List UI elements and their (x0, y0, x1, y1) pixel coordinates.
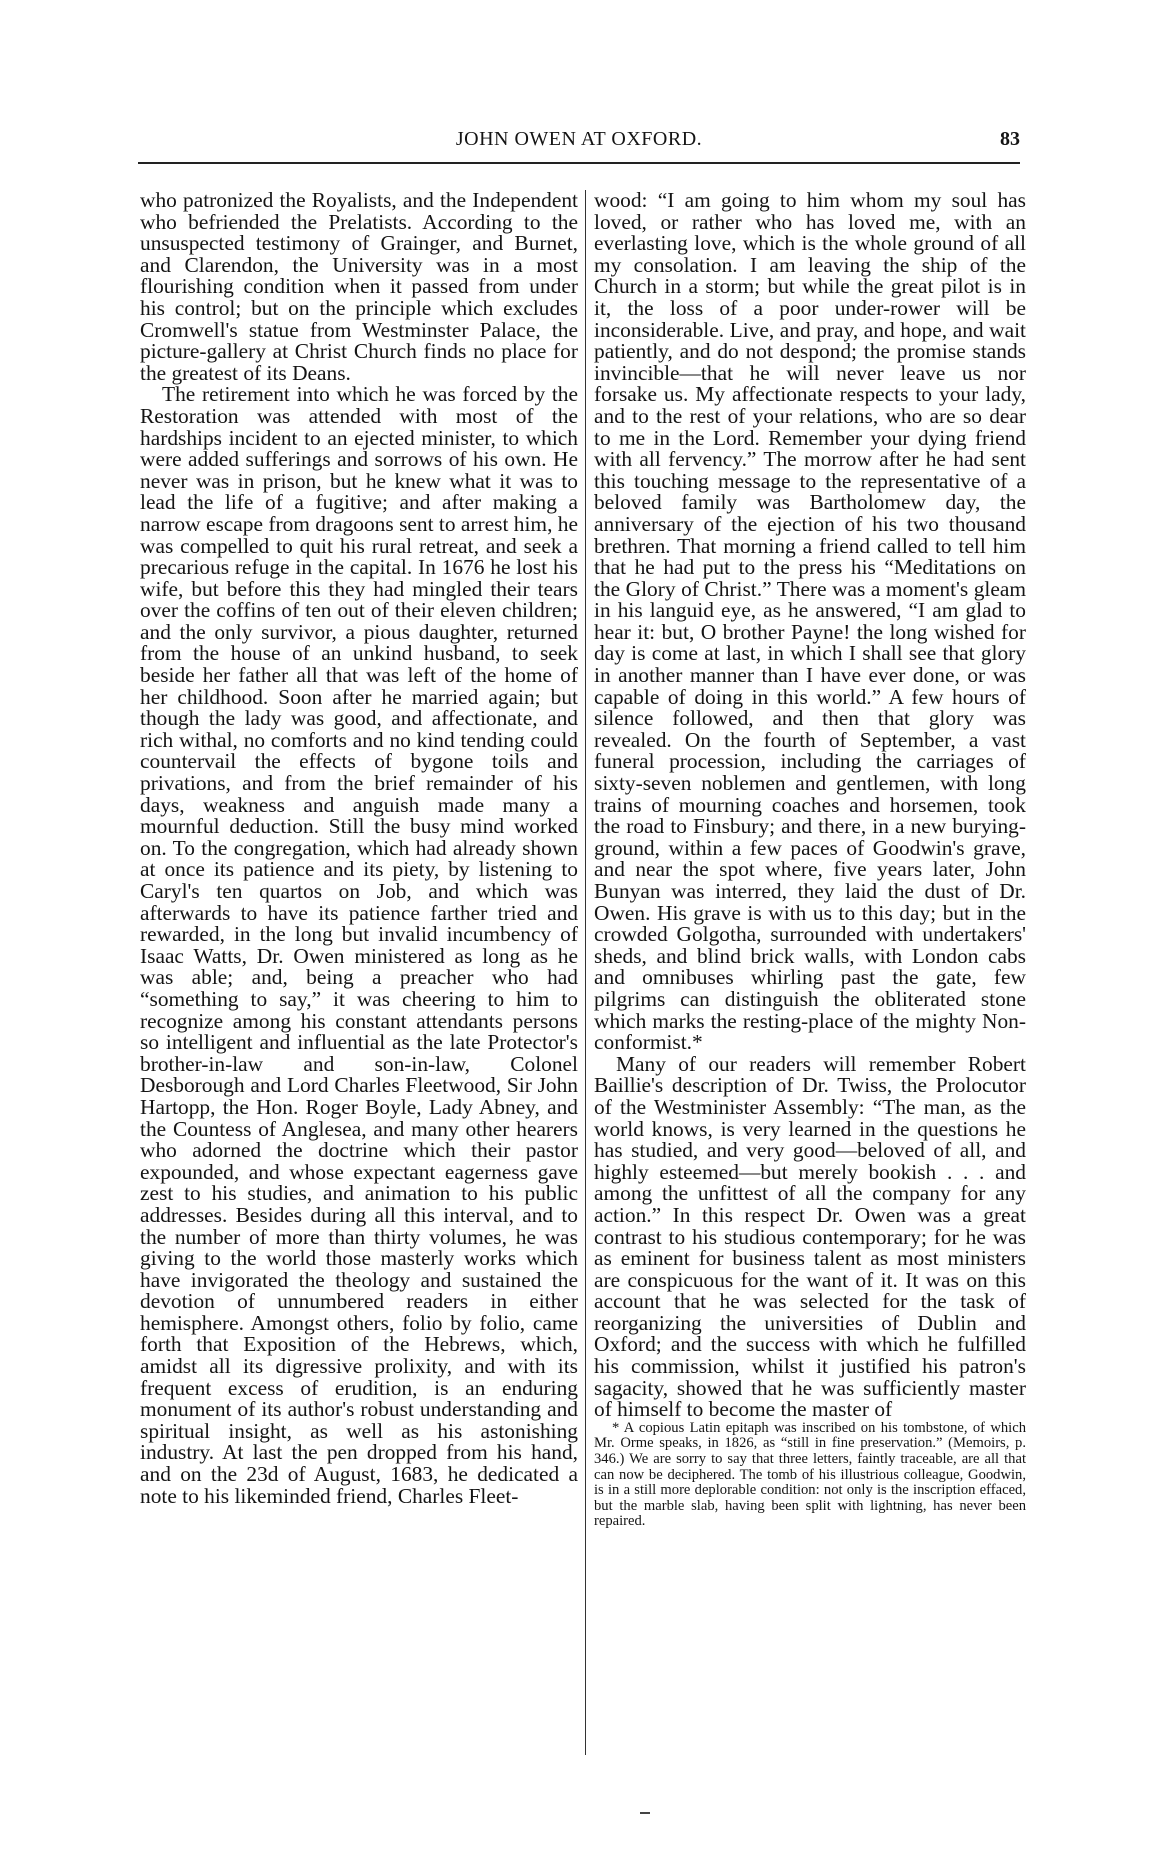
column-divider (585, 190, 586, 1755)
paragraph: Many of our readers will remember Robert… (594, 1054, 1026, 1421)
paragraph: who patronized the Royalists, and the In… (140, 190, 578, 384)
running-header: JOHN OWEN AT OXFORD. 83 (138, 128, 1020, 158)
running-title: JOHN OWEN AT OXFORD. (138, 128, 1020, 151)
paragraph: wood: “I am going to him whom my soul ha… (594, 190, 1026, 1054)
printer-mark (640, 1812, 650, 1814)
footnote: * A copious Latin epitaph was inscribed … (594, 1421, 1026, 1530)
header-rule (138, 162, 1020, 164)
paragraph: The retirement into which he was forced … (140, 384, 578, 1507)
right-column: wood: “I am going to him whom my soul ha… (594, 190, 1026, 1530)
page-number: 83 (1000, 128, 1020, 151)
left-column: who patronized the Royalists, and the In… (140, 190, 578, 1507)
